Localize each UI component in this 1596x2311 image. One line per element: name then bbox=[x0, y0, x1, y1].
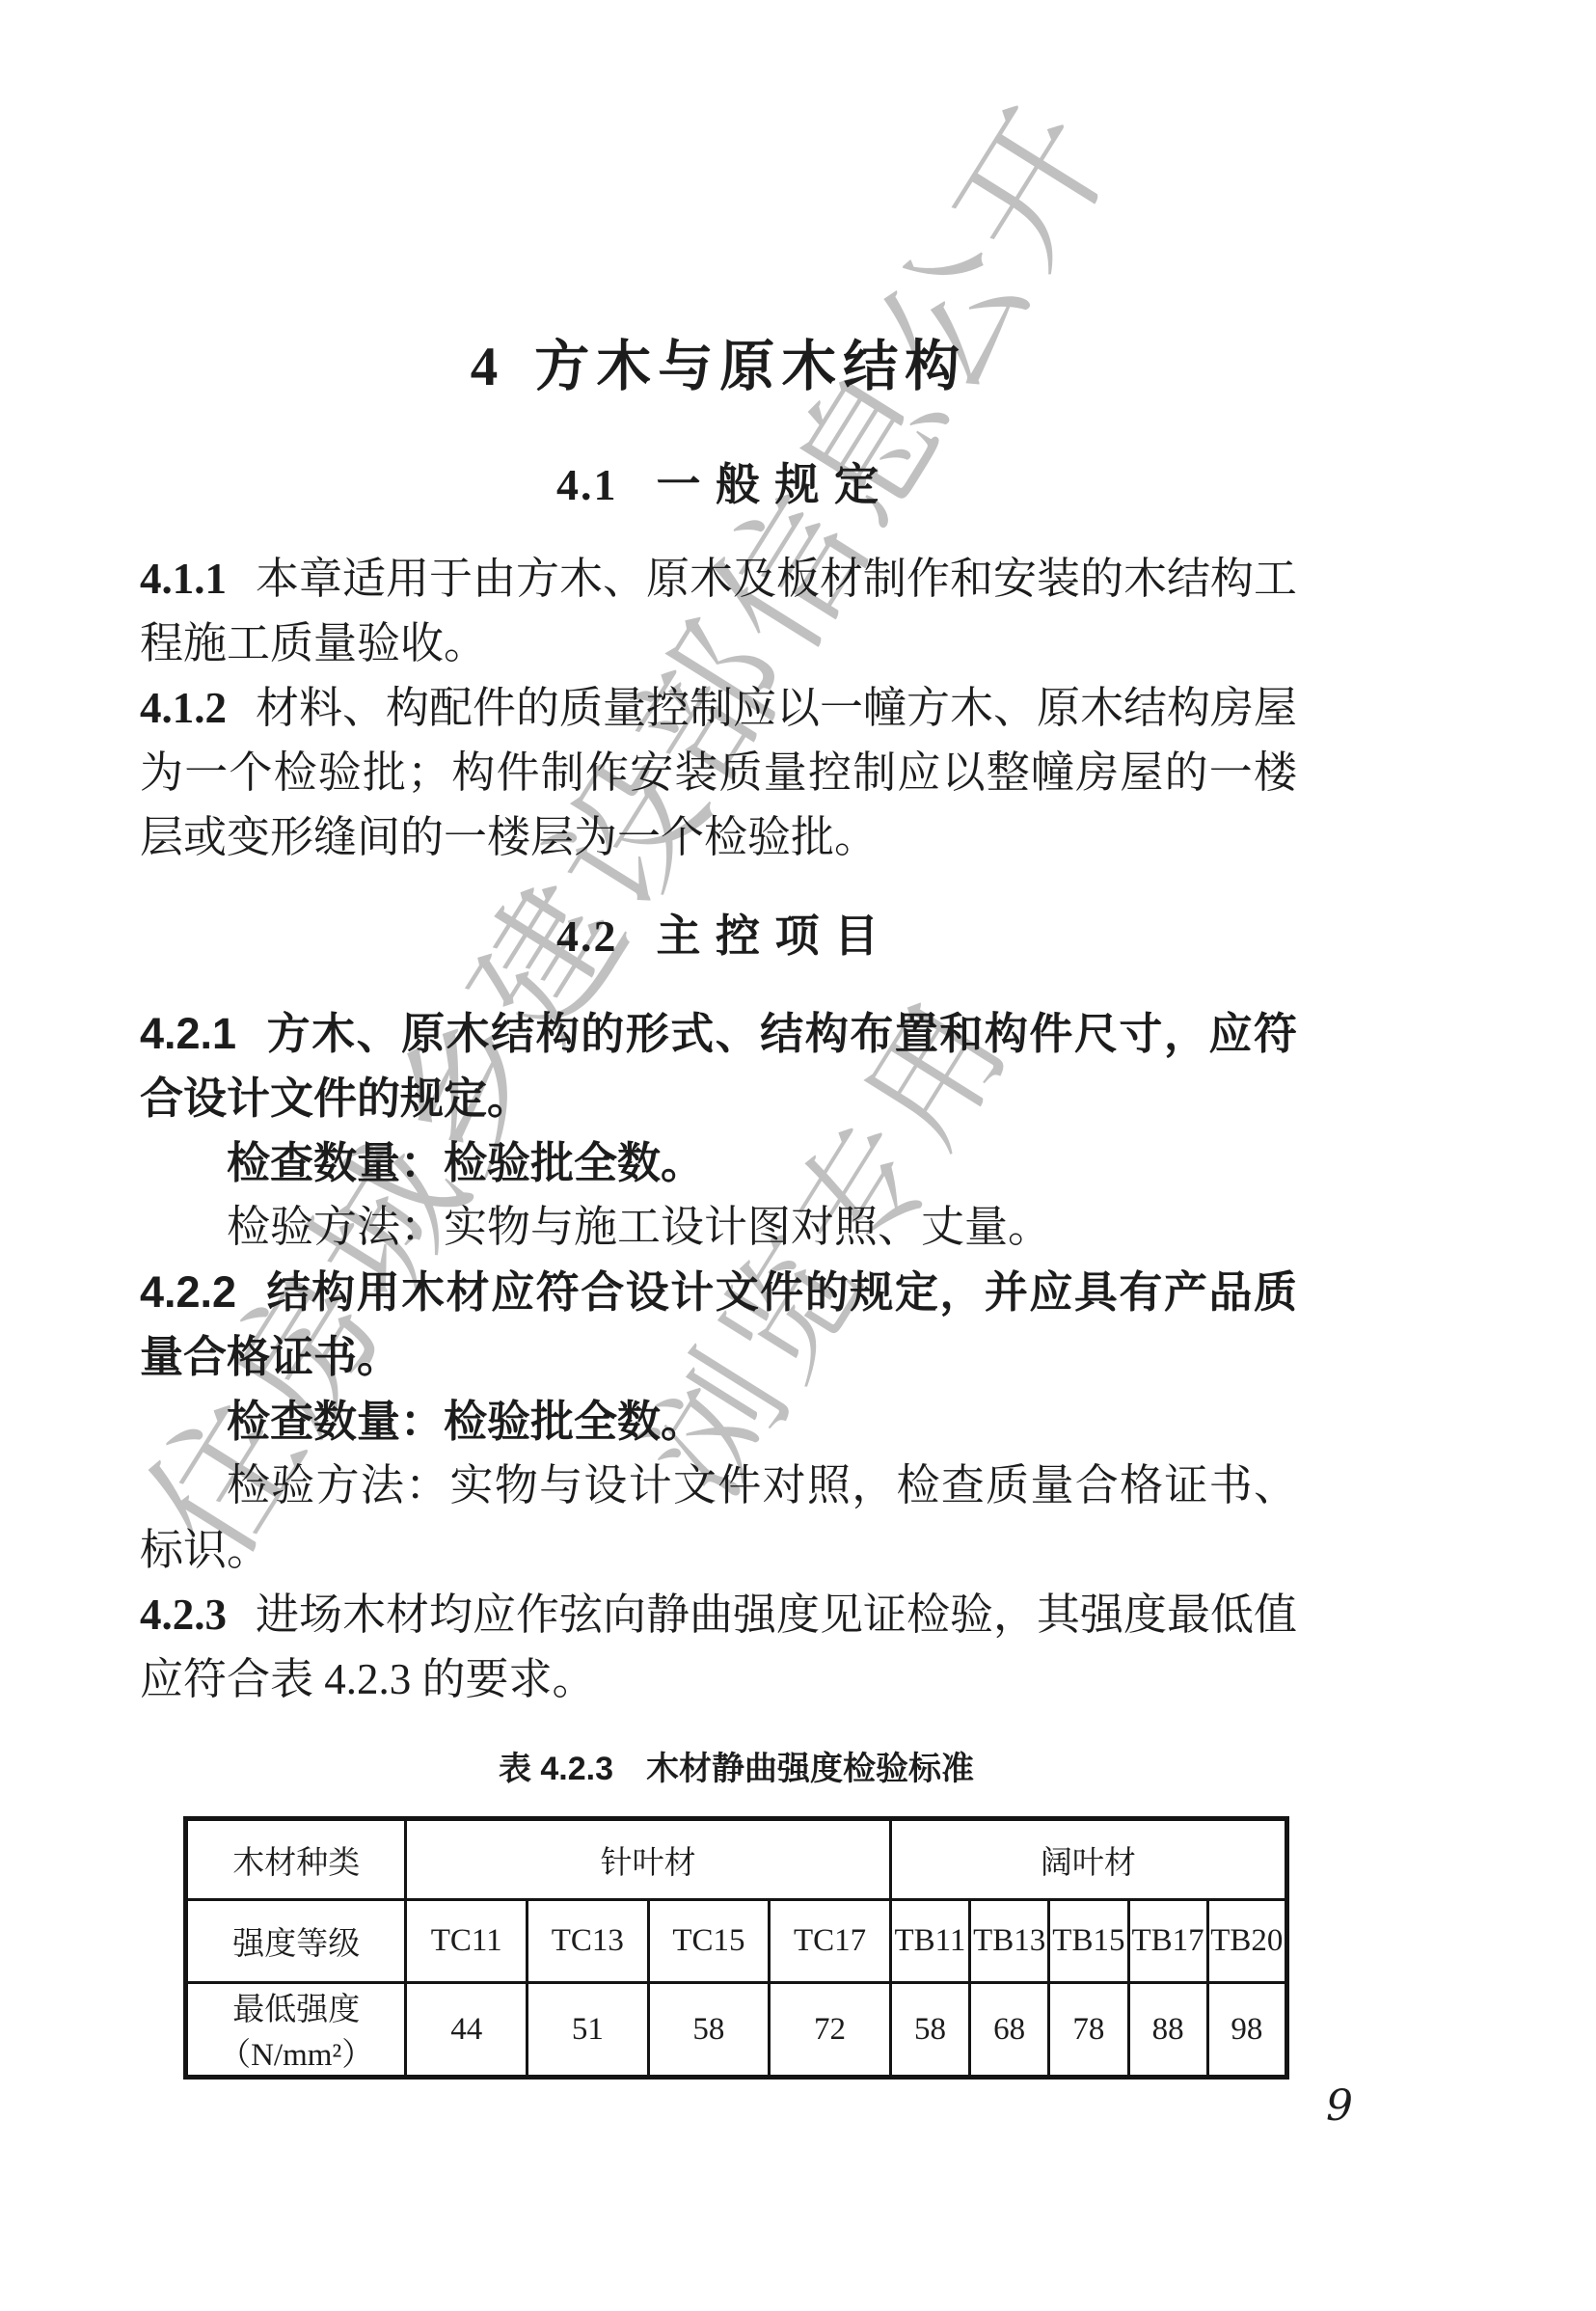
clause-4-1-2-text: 材料、构配件的质量控制应以一幢方木、原木结构房屋为一个检验批；构件制作安装质量控… bbox=[140, 684, 1297, 861]
strength-value-tb17: 88 bbox=[1128, 1983, 1207, 2078]
strength-value-tb11: 58 bbox=[890, 1983, 969, 2078]
clause-4-1-2-number: 4.1.2 bbox=[140, 684, 227, 732]
clause-4-2-1-check-method: 检验方法：实物与施工设计图对照、丈量。 bbox=[140, 1195, 1297, 1260]
clause-4-2-2: 4.2.2结构用木材应符合设计文件的规定，并应具有产品质量合格证书。 bbox=[140, 1260, 1297, 1389]
strength-value-tc13: 51 bbox=[527, 1983, 649, 2078]
clause-4-2-1-text: 方木、原木结构的形式、结构布置和构件尺寸，应符合设计文件的规定。 bbox=[140, 1009, 1297, 1123]
chapter-number: 4 bbox=[471, 337, 499, 397]
document-page: 住房城乡建设部信息公开 浏览专用 4方木与原木结构 4.1一 般 规 定 4.1… bbox=[0, 0, 1596, 2311]
table-row-species: 木材种类 针叶材 阔叶材 bbox=[186, 1819, 1287, 1900]
section-4-2-title: 主 控 项 目 bbox=[657, 911, 881, 961]
chapter-title: 4方木与原木结构 bbox=[140, 340, 1297, 394]
text-column: 4方木与原木结构 4.1一 般 规 定 4.1.1本章适用于由方木、原木及板材制… bbox=[140, 0, 1297, 2080]
strength-value-tb15: 78 bbox=[1049, 1983, 1128, 2078]
strength-value-tb13: 68 bbox=[970, 1983, 1049, 2078]
clause-4-2-2-check-quantity: 检查数量：检验批全数。 bbox=[140, 1389, 1297, 1454]
clause-4-2-2-text: 结构用木材应符合设计文件的规定，并应具有产品质量合格证书。 bbox=[140, 1267, 1297, 1381]
section-4-2-heading: 4.2主 控 项 目 bbox=[140, 914, 1297, 959]
grade-cell-tc15: TC15 bbox=[648, 1900, 770, 1983]
strength-standard-table: 木材种类 针叶材 阔叶材 强度等级 TC11 TC13 TC15 TC17 TB… bbox=[183, 1816, 1289, 2080]
clause-4-1-2: 4.1.2材料、构配件的质量控制应以一幢方木、原木结构房屋为一个检验批；构件制作… bbox=[140, 676, 1297, 870]
grade-cell-tb11: TB11 bbox=[890, 1900, 969, 1983]
clause-4-1-1-text: 本章适用于由方木、原木及板材制作和安装的木结构工程施工质量验收。 bbox=[140, 555, 1297, 667]
strength-value-tc15: 58 bbox=[648, 1983, 770, 2078]
strength-value-tb20: 98 bbox=[1207, 1983, 1286, 2078]
clause-4-2-3-text: 进场木材均应作弦向静曲强度见证检验，其强度最低值应符合表 4.2.3 的要求。 bbox=[140, 1591, 1297, 1703]
clause-4-2-3-number: 4.2.3 bbox=[140, 1591, 227, 1639]
clause-4-2-1: 4.2.1方木、原木结构的形式、结构布置和构件尺寸，应符合设计文件的规定。 bbox=[140, 1001, 1297, 1130]
grade-cell-tb15: TB15 bbox=[1049, 1900, 1128, 1983]
grade-cell-tc17: TC17 bbox=[770, 1900, 891, 1983]
section-4-2-number: 4.2 bbox=[556, 911, 618, 961]
clause-4-1-1-number: 4.1.1 bbox=[140, 555, 227, 603]
grade-cell-tb20: TB20 bbox=[1207, 1900, 1286, 1983]
hardwood-header-cell: 阔叶材 bbox=[890, 1819, 1286, 1900]
clause-4-2-1-check-quantity: 检查数量：检验批全数。 bbox=[140, 1130, 1297, 1195]
strength-value-tc17: 72 bbox=[770, 1983, 891, 2078]
clause-4-2-2-number: 4.2.2 bbox=[140, 1267, 236, 1317]
table-row-strengths: 最低强度（N/mm²） 44 51 58 72 58 68 78 88 98 bbox=[186, 1983, 1287, 2078]
clause-4-1-1: 4.1.1本章适用于由方木、原木及板材制作和安装的木结构工程施工质量验收。 bbox=[140, 547, 1297, 676]
table-row-grades: 强度等级 TC11 TC13 TC15 TC17 TB11 TB13 TB15 … bbox=[186, 1900, 1287, 1983]
table-caption: 表 4.2.3 木材静曲强度检验标准 bbox=[183, 1753, 1289, 1785]
grade-cell-tb13: TB13 bbox=[970, 1900, 1049, 1983]
page-number: 9 bbox=[1326, 2081, 1353, 2131]
section-4-1-heading: 4.1一 般 规 定 bbox=[140, 463, 1297, 507]
grade-cell-tb17: TB17 bbox=[1128, 1900, 1207, 1983]
section-4-1-title: 一 般 规 定 bbox=[657, 460, 881, 509]
clause-4-2-3: 4.2.3进场木材均应作弦向静曲强度见证检验，其强度最低值应符合表 4.2.3 … bbox=[140, 1583, 1297, 1712]
clause-4-2-2-check-method: 检验方法：实物与设计文件对照，检查质量合格证书、标识。 bbox=[140, 1454, 1297, 1583]
softwood-header-cell: 针叶材 bbox=[406, 1819, 890, 1900]
grade-cell-tc11: TC11 bbox=[406, 1900, 527, 1983]
grade-cell-tc13: TC13 bbox=[527, 1900, 649, 1983]
clause-4-2-1-number: 4.2.1 bbox=[140, 1009, 236, 1058]
strength-value-tc11: 44 bbox=[406, 1983, 527, 2078]
chapter-title-text: 方木与原木结构 bbox=[534, 337, 966, 397]
grade-label-cell: 强度等级 bbox=[186, 1900, 406, 1983]
species-header-cell: 木材种类 bbox=[186, 1819, 406, 1900]
section-4-1-number: 4.1 bbox=[556, 460, 618, 509]
strength-label-cell: 最低强度（N/mm²） bbox=[186, 1983, 406, 2078]
